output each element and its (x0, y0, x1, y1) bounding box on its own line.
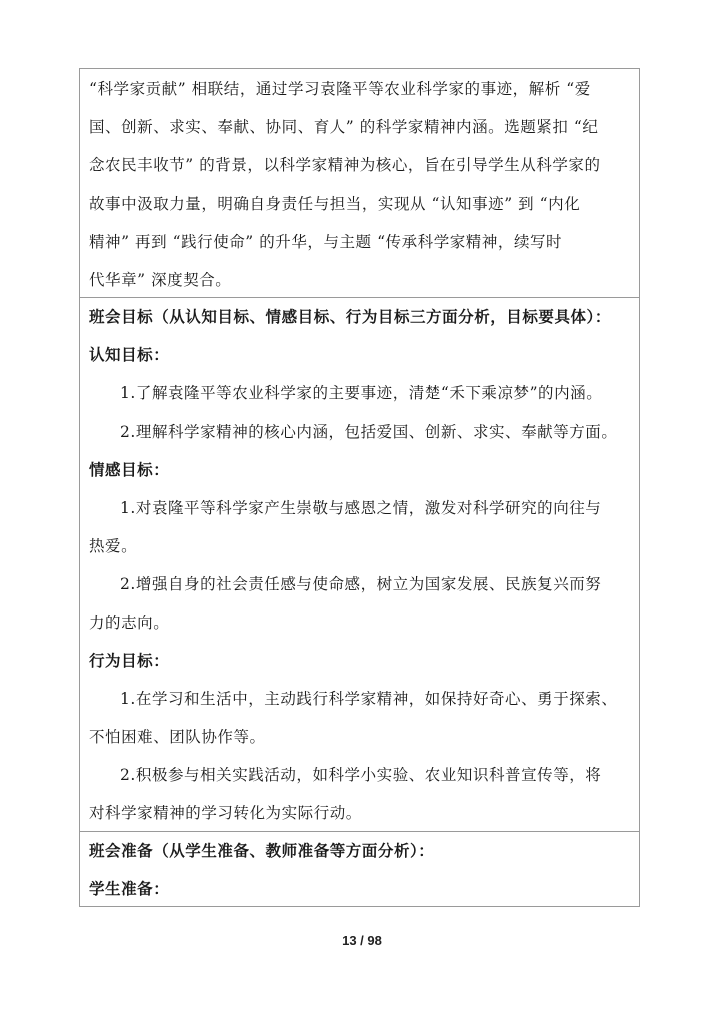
class-goals-cell: 班会目标（从认知目标、情感目标、行为目标三方面分析，目标要具体）： 认知目标： … (80, 297, 639, 831)
cognitive-goal-item: 1.了解袁隆平等农业科学家的主要事迹，清楚“禾下乘凉梦”的内涵。 (89, 374, 630, 412)
topic-rationale-cell: “科学家贡献” 相联结，通过学习袁隆平等农业科学家的事迹，解析 “爱 国、创新、… (80, 69, 639, 297)
emotional-goal-item: 1.对袁隆平等科学家产生崇敬与感恩之情，激发对科学研究的向往与 (89, 489, 630, 527)
behavioral-goal-item-cont: 对科学家精神的学习转化为实际行动。 (89, 794, 630, 832)
emotional-goal-item: 2.增强自身的社会责任感与使命感，树立为国家发展、民族复兴而努 (89, 565, 630, 603)
behavioral-goals-label: 行为目标： (89, 642, 630, 680)
emotional-goal-item-cont: 热爱。 (89, 527, 630, 565)
goals-heading: 班会目标（从认知目标、情感目标、行为目标三方面分析，目标要具体）： (89, 298, 630, 336)
rationale-line: 国、创新、求实、奉献、协同、育人” 的科学家精神内涵。选题紧扣 “纪 (89, 108, 630, 146)
cognitive-goals-label: 认知目标： (89, 336, 630, 374)
emotional-goals-label: 情感目标： (89, 451, 630, 489)
emotional-goal-item-cont: 力的志向。 (89, 604, 630, 642)
behavioral-goal-item-cont: 不怕困难、团队协作等。 (89, 718, 630, 756)
cognitive-goal-item: 2.理解科学家精神的核心内涵，包括爱国、创新、求实、奉献等方面。 (89, 413, 630, 451)
rationale-line: 代华章” 深度契合。 (89, 261, 630, 299)
rationale-line: 精神” 再到 “践行使命” 的升华，与主题 “传承科学家精神，续写时 (89, 223, 630, 261)
rationale-line: 念农民丰收节” 的背景，以科学家精神为核心，旨在引导学生从科学家的 (89, 146, 630, 184)
lesson-plan-table: “科学家贡献” 相联结，通过学习袁隆平等农业科学家的事迹，解析 “爱 国、创新、… (79, 68, 640, 907)
behavioral-goal-item: 2.积极参与相关实践活动，如科学小实验、农业知识科普宣传等，将 (89, 756, 630, 794)
rationale-line: “科学家贡献” 相联结，通过学习袁隆平等农业科学家的事迹，解析 “爱 (89, 70, 630, 108)
rationale-line: 故事中汲取力量，明确自身责任与担当，实现从 “认知事迹” 到 “内化 (89, 185, 630, 223)
student-preparation-label: 学生准备： (89, 870, 630, 908)
behavioral-goal-item: 1.在学习和生活中，主动践行科学家精神，如保持好奇心、勇于探索、 (89, 680, 630, 718)
class-preparation-cell: 班会准备（从学生准备、教师准备等方面分析）： 学生准备： (80, 831, 639, 906)
page-indicator: 13 / 98 (0, 933, 724, 948)
preparation-heading: 班会准备（从学生准备、教师准备等方面分析）： (89, 832, 630, 870)
